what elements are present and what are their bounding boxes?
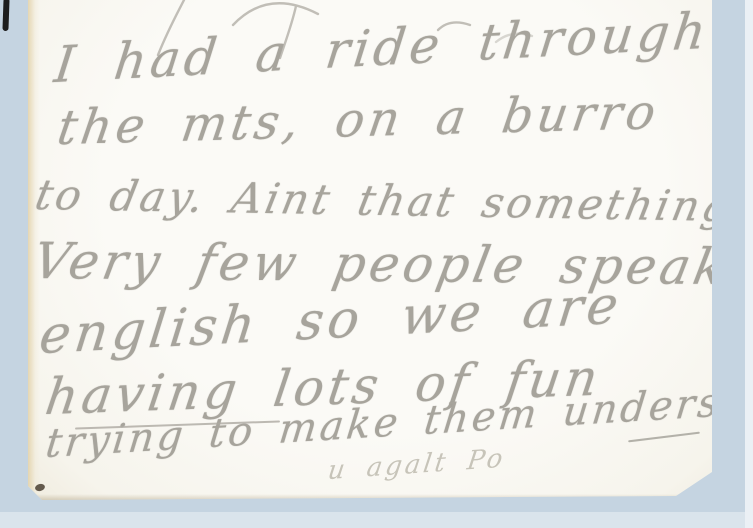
- pencil-tail-stroke: [628, 432, 700, 443]
- paper-bottom-edge-grain: [28, 494, 712, 500]
- handwriting-line-2: the mts, on a burro: [54, 88, 662, 152]
- scanned-postcard-photo: I had a ride through the mts, on a burro…: [0, 0, 753, 528]
- postcard-paper: I had a ride through the mts, on a burro…: [28, 0, 712, 500]
- handwriting-faint-line: u agalt Po: [326, 445, 507, 484]
- handwriting-line-4: Very few people speak: [29, 236, 733, 292]
- handwriting-line-5: english so we are: [37, 279, 625, 362]
- photo-right-edge: [745, 0, 753, 528]
- bottom-left-corner-mark: [34, 483, 45, 492]
- scan-artifact-mark: [2, 0, 9, 31]
- photo-bottom-edge: [0, 512, 753, 528]
- handwriting-line-3: to day. Aint that something: [32, 174, 736, 228]
